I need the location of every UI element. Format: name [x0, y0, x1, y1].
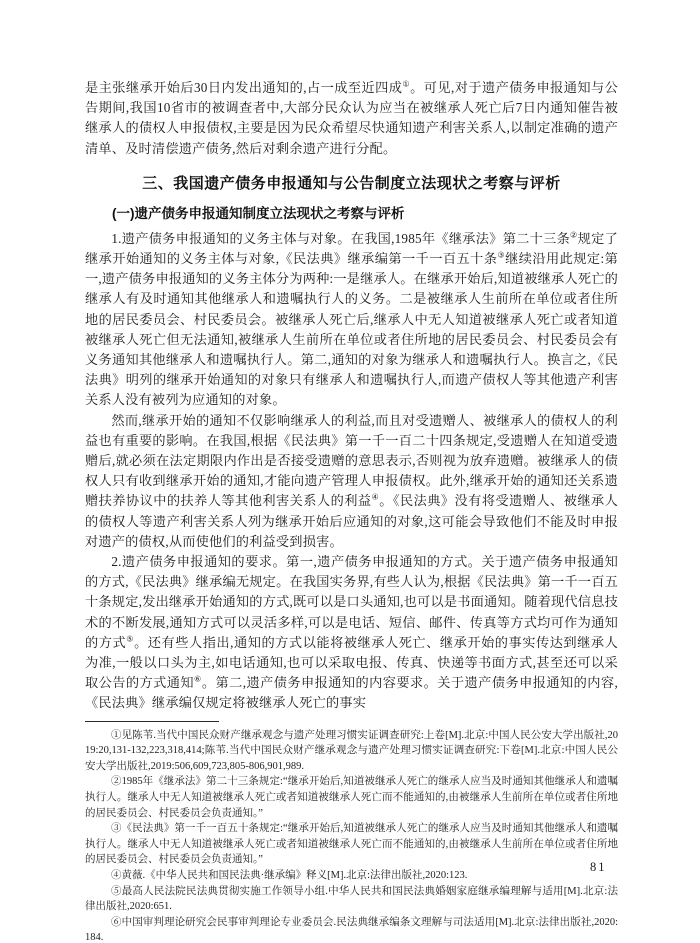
footnote-3: ③《民法典》第一千一百五十条规定:“继承开始后,知道被继承人死亡的继承人应当及时… — [85, 821, 618, 868]
subsection-heading: (一)遗产债务申报通知制度立法现状之考察与评析 — [85, 204, 618, 224]
footnote-1: ①见陈苇.当代中国民众财产继承观念与遗产处理习惯实证调查研究:上卷[M].北京:… — [85, 728, 618, 775]
paragraph-notice-interests: 然而,继承开始的通知不仅影响继承人的利益,而且对受遗赠人、被继承人的债权人的利益… — [85, 411, 618, 552]
footnote-2: ②1985年《继承法》第二十三条规定:“继承开始后,知道被继承人死亡的继承人应当… — [85, 774, 618, 821]
continuation-paragraph: 是主张继承开始后30日内发出通知的,占一成至近四成①。可见,对于遗产债务申报通知… — [85, 78, 618, 159]
page-content: 是主张继承开始后30日内发出通知的,占一成至近四成①。可见,对于遗产债务申报通知… — [85, 78, 618, 943]
document-page: 是主张继承开始后30日内发出通知的,占一成至近四成①。可见,对于遗产债务申报通知… — [0, 0, 700, 943]
footnote-separator — [85, 721, 219, 722]
page-number: 81 — [590, 860, 607, 875]
paragraph-notice-subjects: 1.遗产债务申报通知的义务主体与对象。在我国,1985年《继承法》第二十三条②规… — [85, 229, 618, 411]
footnote-4: ④黄薇.《中华人民共和国民法典·继承编》释义[M].北京:法律出版社,2020:… — [85, 868, 618, 884]
paragraph-notice-requirements: 2.遗产债务申报通知的要求。第一,遗产债务申报通知的方式。关于遗产债务申报通知的… — [85, 552, 618, 714]
footnote-6: ⑥中国审判理论研究会民事审判理论专业委员会.民法典继承编条文理解与司法适用[M]… — [85, 915, 618, 943]
section-heading: 三、我国遗产债务申报通知与公告制度立法现状之考察与评析 — [85, 173, 618, 195]
footnote-5: ⑤最高人民法院民法典贯彻实施工作领导小组.中华人民共和国民法典婚姻家庭继承编理解… — [85, 884, 618, 915]
footnotes-section: ①见陈苇.当代中国民众财产继承观念与遗产处理习惯实证调查研究:上卷[M].北京:… — [85, 728, 618, 943]
